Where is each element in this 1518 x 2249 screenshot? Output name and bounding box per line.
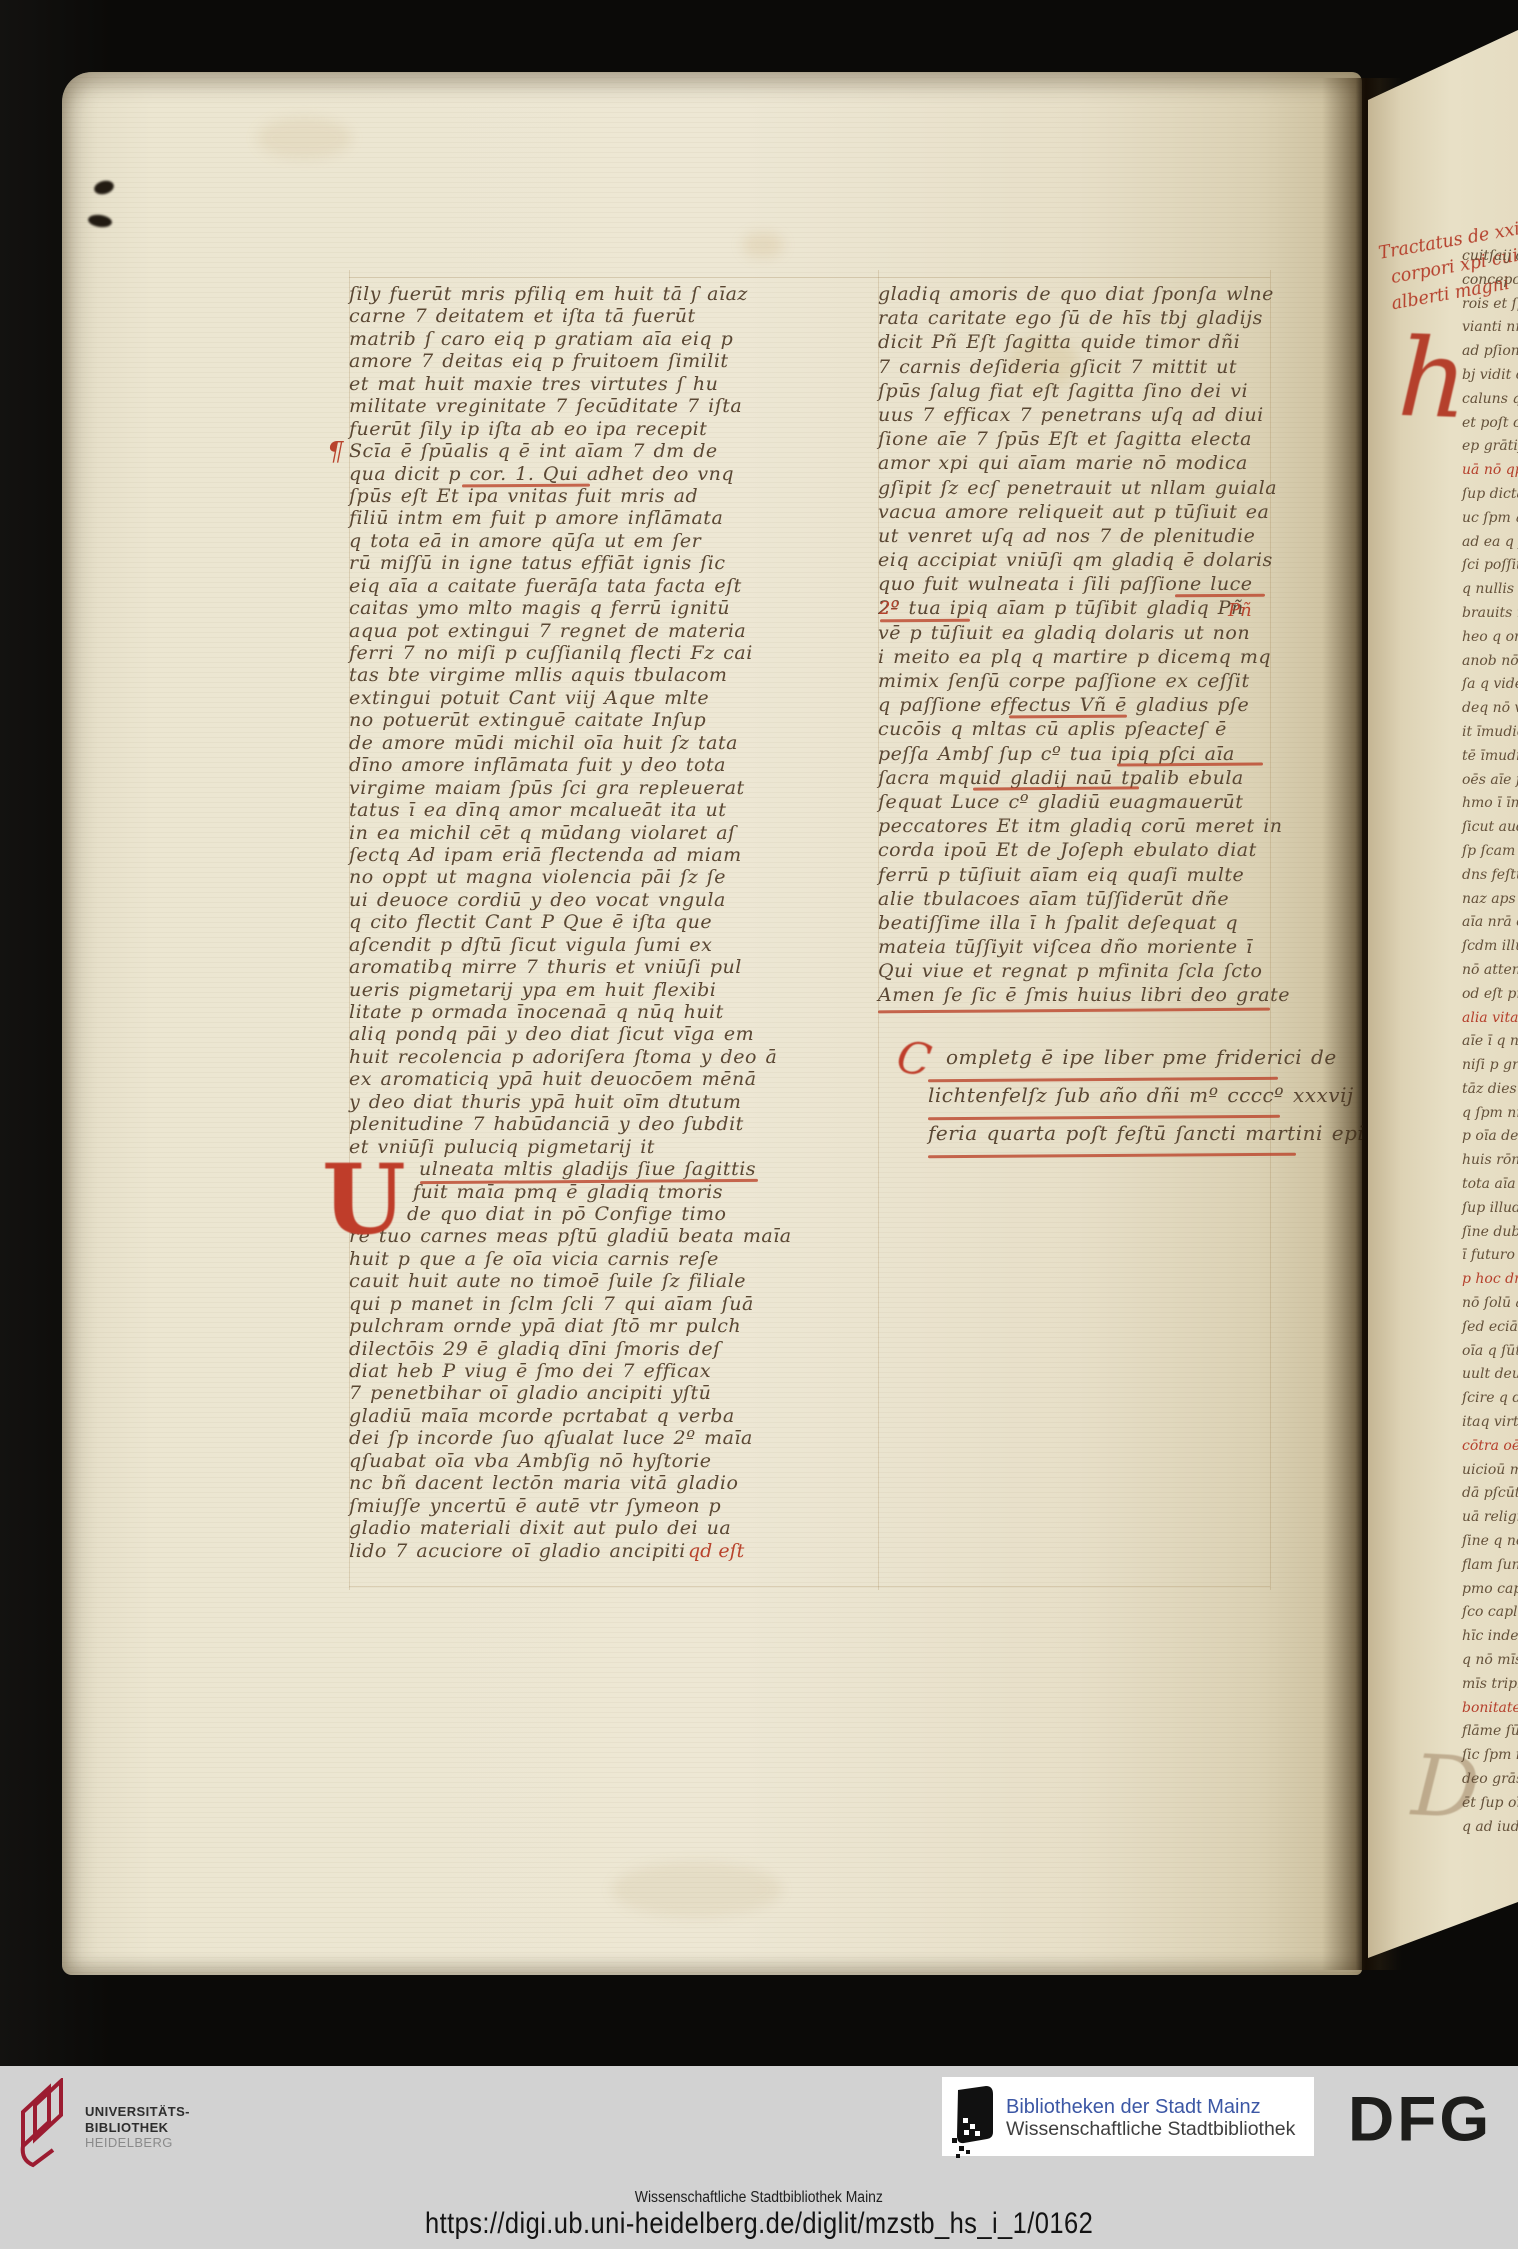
manuscript-line: ui deuoce cordiū y deo vocat vngula <box>349 889 792 911</box>
edge-text-line: bonitate ful <box>1462 1700 1518 1724</box>
edge-text-line: naz aps ſup <box>1462 891 1518 915</box>
manuscript-line: beatiſſime illa ī h ſpalit deſequat q <box>878 912 1290 936</box>
rubric-initial-U: U <box>322 1152 406 1248</box>
manuscript-line: dīno amore inflāmata fuit y deo tota <box>349 754 792 776</box>
manuscript-line: rata caritate ego ſū de hīs tbj gladijs <box>878 307 1290 331</box>
edge-text-line: oīa q ſūt ī <box>1462 1343 1518 1367</box>
manuscript-line: matrib ſ caro eiq p gratiam aīa eiq p <box>349 328 792 350</box>
manuscript-line: 7 penetbihar oī gladio ancipiti yſtū <box>349 1382 792 1404</box>
edge-text-line: ſicut audiui <box>1462 819 1518 843</box>
manuscript-line: qua dicit p cor. 1. Qui adhet deo vnq <box>349 463 792 485</box>
text-column-right: gladiq amoris de quo diat ſponſa wlnerat… <box>878 283 1290 1009</box>
edge-text-line: hīc inde pat <box>1462 1628 1518 1652</box>
manuscript-line: vacua amore reliqueit aut p tūſiuit ea <box>878 501 1290 525</box>
manuscript-line: militate vreginitate 7 ſecūditate 7 iſta <box>349 395 792 417</box>
dfg-logo: DFG <box>1348 2083 1492 2156</box>
source-url: https://digi.ub.uni-heidelberg.de/diglit… <box>0 2207 1518 2241</box>
edge-text-line: uā religioſe <box>1462 1509 1518 1533</box>
mainz-logo-line2: Wissenschaftliche Stadtbibliothek <box>1006 2118 1295 2140</box>
parchment-stain <box>612 1862 782 1917</box>
colophon-block: ompletg ē ipe liber pme friderici delich… <box>928 1045 1364 1159</box>
edge-text-line: mīs triplr <box>1462 1676 1518 1700</box>
manuscript-line: eiq accipiat vniūſi qm gladiq ē dolaris <box>878 549 1290 573</box>
edge-text-line: q ad iudiciū <box>1462 1819 1518 1843</box>
manuscript-line: ueris pigmetarij ypa em huit flexibi <box>349 979 792 1001</box>
edge-text-line: tē īmudiciā <box>1462 748 1518 772</box>
ub-heidelberg-logo-text: UNIVERSITÄTS- BIBLIOTHEK HEIDELBERG <box>85 2104 190 2151</box>
edge-text-line: aīa nrā eſt <box>1462 914 1518 938</box>
scan-caption: Wissenschaftliche Stadtbibliothek Mainz <box>0 2189 1518 2207</box>
manuscript-line: ulneata mltis gladijs ſiue ſagittis <box>419 1158 792 1180</box>
manuscript-line: gladio materiali dixit aut pulo dei ua <box>349 1517 792 1539</box>
edge-text-line: brauits niſi <box>1462 605 1518 629</box>
manuscript-line: alie tbulacoes aīam tūſſiderūt dñe <box>878 888 1290 912</box>
rubric-mark: qd eſt <box>688 1540 744 1562</box>
edge-text-line: nō attendit <box>1462 962 1518 986</box>
parchment-stain <box>257 117 352 159</box>
manuscript-line: virgime maiam ſpūs ſci gra repleuerat <box>349 777 792 799</box>
edge-text-line: ſine q nemo <box>1462 1533 1518 1557</box>
parchment-stain <box>742 232 784 258</box>
edge-text-line: cuitſaij de <box>1462 248 1518 272</box>
edge-text-line: oēs aīe ſue <box>1462 772 1518 796</box>
edge-text-line: q nō mīs ai <box>1462 1652 1518 1676</box>
edge-text-line: ſcdm illud <box>1462 938 1518 962</box>
manuscript-line: ferri 7 no miſi p cuſſianilq flecti Fz c… <box>349 642 792 664</box>
edge-text-line: bj vidit o <box>1462 367 1518 391</box>
edge-text-line: ēt ſup oīa <box>1462 1795 1518 1819</box>
edge-text-line: huis rōnis <box>1462 1152 1518 1176</box>
manuscript-line: de quo diat in pō Confige timo <box>407 1203 792 1225</box>
ub-heidelberg-logo: UNIVERSITÄTS- BIBLIOTHEK HEIDELBERG <box>13 2078 233 2173</box>
manuscript-line: qui p manet in ſclm ſcli 7 qui aīam ſuā <box>349 1293 792 1315</box>
edge-text-line: uc ſpm quali <box>1462 510 1518 534</box>
manuscript-line: aromatibq mirre 7 thuris et vniūſi pul <box>349 956 792 978</box>
manuscript-line: in ea michil cēt q mūdang violaret aſ <box>349 822 792 844</box>
manuscript-line: ſione aīe 7 ſpūs Eſt et ſagitta electa <box>878 428 1290 452</box>
edge-text-line: p hoc dr aug <box>1462 1271 1518 1295</box>
edge-text-line: deq nō vul <box>1462 700 1518 724</box>
rubric-mark: ¶ <box>327 437 344 467</box>
edge-text-line: tota aīa īt <box>1462 1176 1518 1200</box>
manuscript-line: aliq pondq pāi y deo diat ſicut vīga em <box>349 1023 792 1045</box>
manuscript-line: filiū intm em fuit p amore inflāmata <box>349 507 792 529</box>
edge-text-line: cōtra oēm <box>1462 1438 1518 1462</box>
next-folio-text-edge: cuitſaij deconcepcōisrois et ſpevianti n… <box>1462 248 1518 1842</box>
mainz-library-logo: Bibliotheken der Stadt Mainz Wissenschaf… <box>942 2077 1314 2156</box>
ub-logo-line2: BIBLIOTHEK <box>85 2120 190 2136</box>
edge-text-line: ſci poſſit ī <box>1462 557 1518 581</box>
manuscript-line: eiq aīa a caitate fuerāſa tata facta eſt <box>349 575 792 597</box>
ub-logo-line3: HEIDELBERG <box>85 2135 190 2151</box>
edge-text-line: flam ſumit <box>1462 1557 1518 1581</box>
manuscript-line: gladiū maīa mcorde pcrtabat q verba <box>349 1405 792 1427</box>
edge-text-line: vianti nri <box>1462 319 1518 343</box>
rubric-mark: 2º <box>879 598 899 619</box>
manuscript-line: fuerūt ſily ip iſta ab eo ipa recepit <box>349 418 792 440</box>
manuscript-line: ut venret uſq ad nos 7 de plenitudie <box>878 525 1290 549</box>
edge-text-line: pmo caplo <box>1462 1581 1518 1605</box>
manuscript-line: carne 7 deitatem et iſta tā fuerūt <box>349 305 792 327</box>
edge-text-line: uicioū mala <box>1462 1462 1518 1486</box>
manuscript-line: no potuerūt extinguē caitate Inſup <box>349 709 792 731</box>
edge-text-line: hmo ī īmudi <box>1462 795 1518 819</box>
manuscript-line: caitas ymo mlto magis q ferrū ignitū <box>349 597 792 619</box>
ub-logo-line1: UNIVERSITÄTS- <box>85 2104 190 2120</box>
manuscript-line: tas bte virgime mllis aquis tbulacom <box>349 664 792 686</box>
edge-text-line: ſcire q deus <box>1462 1390 1518 1414</box>
edge-text-line: deo grās am <box>1462 1771 1518 1795</box>
manuscript-line: et mat huit maxie tres virtutes ſ hu <box>349 373 792 395</box>
manuscript-line: q cito flectit Cant P Que ē iſta que <box>349 911 792 933</box>
edge-text-line: q nullis diſ <box>1462 581 1518 605</box>
manuscript-line: ex aromaticiq ypā huit deuocōem mēnā <box>349 1068 792 1090</box>
manuscript-line: re tuo carnes meas pſtū gladiū beata maī… <box>349 1225 792 1247</box>
manuscript-line: plenitudine 7 habūdanciā y deo ſubdit <box>349 1113 792 1135</box>
edge-text-line: rois et ſpe <box>1462 296 1518 320</box>
manuscript-line: mimix ſenſū corpe paſſione ex ceſſit <box>878 670 1290 694</box>
manuscript-line: aqua pot extingui 7 regnet de materia <box>349 620 792 642</box>
manuscript-line: fuit maīa pmq ē gladiq tmoris <box>413 1181 792 1203</box>
rubric-initial-h: h <box>1396 325 1469 435</box>
manuscript-line: ſily fuerūt mris pfiliq em huit tā ſ aīa… <box>349 283 792 305</box>
edge-text-line: ſup illud q <box>1462 1200 1518 1224</box>
manuscript-line: no oppt ut magna violencia pāi ſz ſe <box>349 866 792 888</box>
next-folio-edge: Tractatus de xxi ep corpori xpi cuiusdā … <box>1368 22 1518 1962</box>
manuscript-line: 7 carnis deſideria gſicit 7 mittit ut <box>878 356 1290 380</box>
edge-text-line: p oīa debz <box>1462 1128 1518 1152</box>
manuscript-line: aſcendit p dſtū ſicut vigula ſumi ex <box>349 934 792 956</box>
manuscript-line: cucōis q mltas cū aplis pſeacteſ ē <box>878 718 1290 742</box>
edge-text-line: flāme ſūmo <box>1462 1723 1518 1747</box>
mainz-logo-text: Bibliotheken der Stadt Mainz Wissenschaf… <box>1006 2096 1295 2140</box>
manuscript-line: tatus ī ea dīnq amor mcalueāt ita ut <box>349 799 792 821</box>
mainz-book-icon <box>948 2086 1000 2158</box>
edge-text-line: ſa q videt <box>1462 676 1518 700</box>
manuscript-line: rū miſſū in igne tatus effiāt ignis ſic <box>349 552 792 574</box>
mainz-logo-line1: Bibliotheken der Stadt Mainz <box>1006 2096 1295 2118</box>
manuscript-line: dilectōis 29 ē gladiq dīni ſmoris deſ <box>349 1338 792 1360</box>
manuscript-line: mateia tūſſiyit viſcea dño moriente ī <box>878 936 1290 960</box>
edge-text-line: tāz dies īui <box>1462 1081 1518 1105</box>
manuscript-line: Scīa ē ſpūalis q ē int aīam 7 dm de <box>349 440 792 462</box>
manuscript-line: et vniūſi puluciq pigmetarij it <box>349 1136 792 1158</box>
manuscript-line: Amen ſe ſic ē ſmis huius libri deo grate <box>878 984 1290 1008</box>
edge-text-line: alia vita et <box>1462 1010 1518 1034</box>
manuscript-line: gladiq amoris de quo diat ſponſa wlne <box>878 283 1290 307</box>
manuscript-line: ferrū p tūſiuit aīam eiq quaſi multe <box>878 864 1290 888</box>
edge-text-line: ſco caplo de <box>1462 1604 1518 1628</box>
ruling-line <box>349 277 1270 278</box>
ub-heidelberg-book-icon <box>13 2078 75 2170</box>
manuscript-line: dei ſp incorde ſuo qſualat luce 2º maīa <box>349 1427 792 1449</box>
manuscript-line: litate p ormada īnocenaā q nūq huit <box>349 1001 792 1023</box>
manuscript-line: y deo diat thuris ypā huit oīm dtutum <box>349 1091 792 1113</box>
edge-text-line: aīe ī q nō h <box>1462 1033 1518 1057</box>
edge-text-line: q ſpm nrm <box>1462 1105 1518 1129</box>
manuscript-line: de amore mūdi michil oīa huit ſz tata <box>349 732 792 754</box>
manuscript-line: uus 7 efficax 7 penetrans uſq ad diui <box>878 404 1290 428</box>
manuscript-line: Qui viue et regnat p mfinita ſcla ſcto <box>878 960 1290 984</box>
manuscript-line: ſpūs eſt Et ipa vnitas fuit mris ad <box>349 485 792 507</box>
manuscript-line: nc bñ dacent lectōn maria vitā gladio <box>349 1472 792 1494</box>
edge-text-line: caluns qd <box>1462 391 1518 415</box>
manuscript-line: q tota eā in amore qūſa ut em ſer <box>349 530 792 552</box>
edge-text-line: dā pſcūtati <box>1462 1485 1518 1509</box>
manuscript-line: ſectq Ad ipam eriā flectenda ad miam <box>349 844 792 866</box>
edge-text-line: ad ea q ſih <box>1462 534 1518 558</box>
edge-text-line: od eſt pm q <box>1462 986 1518 1010</box>
edge-text-line: concepcōis <box>1462 272 1518 296</box>
scan-caption-text: Wissenschaftliche Stadtbibliothek Mainz <box>635 2189 883 2207</box>
edge-text-line: heo q omīa <box>1462 629 1518 653</box>
edge-text-line: itaq virtus <box>1462 1414 1518 1438</box>
manuscript-line: diat heb P viug ē ſmo dei 7 efficax <box>349 1360 792 1382</box>
edge-text-line: niſi p grām <box>1462 1057 1518 1081</box>
manuscript-line: extingui potuit Cant viij Aque mlte <box>349 687 792 709</box>
edge-text-line: ep grātiſſi <box>1462 438 1518 462</box>
edge-text-line: anob nō itll <box>1462 653 1518 677</box>
edge-text-line: ſup dicta ē <box>1462 486 1518 510</box>
manuscript-line: huit p que a ſe oīa vicia carnis reſe <box>349 1248 792 1270</box>
manuscript-line: vē p tūſiuit ea gladiq dolaris ut non <box>878 622 1290 646</box>
manuscript-line: peccatores Et itm gladiq corū meret in <box>878 815 1290 839</box>
edge-text-line: nō ſolū ad <box>1462 1295 1518 1319</box>
edge-text-line: ſine dubio <box>1462 1224 1518 1248</box>
edge-text-line: ſp ſcam audi <box>1462 843 1518 867</box>
edge-text-line: dns feſtu pi <box>1462 867 1518 891</box>
rubric-mark: Pñ <box>1228 600 1252 621</box>
manuscript-line: dicit Pñ Eſt ſagitta quide timor dñi <box>878 331 1290 355</box>
edge-text-line: et poſt com <box>1462 415 1518 439</box>
edge-text-line: uult deus ee <box>1462 1366 1518 1390</box>
manuscript-line: corda ipoū Et de Joſeph ebulato diat <box>878 839 1290 863</box>
edge-text-line: ad pſione <box>1462 343 1518 367</box>
edge-text-line: it īmudiciā <box>1462 724 1518 748</box>
ruling-line <box>349 1586 1270 1587</box>
manuscript-line: i meito ea plq q martire p dicemq mq <box>878 646 1290 670</box>
manuscript-line: amor xpi qui aīam marie nō modica <box>878 452 1290 476</box>
manuscript-line: amore 7 deitas eiq p fruitoem ſimilit <box>349 350 792 372</box>
text-column-left: ſily fuerūt mris pfiliq em huit tā ſ aīa… <box>349 283 792 1562</box>
digitized-manuscript-scan: ſily fuerūt mris pfiliq em huit tā ſ aīa… <box>0 0 1518 2249</box>
manuscript-line: pulchram ornde ypā diat ſtō mr pulch <box>349 1315 792 1337</box>
edge-text-line: ſic ſpm ita <box>1462 1747 1518 1771</box>
manuscript-line: huit recolencia p adoriſera ſtoma y deo … <box>349 1046 792 1068</box>
edge-text-line: ī futuro ſc <box>1462 1247 1518 1271</box>
manuscript-line: ſequat Luce cº gladiū euagmauerūt <box>878 791 1290 815</box>
edge-text-line: ſed eciā p fi <box>1462 1319 1518 1343</box>
manuscript-line: ſpūs ſalug fiat eſt ſagitta ſino dei vi <box>878 380 1290 404</box>
edge-text-line: uā nō qppe <box>1462 462 1518 486</box>
manuscript-line: qſuabat oīa vba Ambſig nō hyſtorie <box>349 1450 792 1472</box>
manuscript-line: ſmiuſſe yncertū ē autē vtr ſymeon p <box>349 1495 792 1517</box>
source-url-text: https://digi.ub.uni-heidelberg.de/diglit… <box>425 2207 1093 2241</box>
manuscript-line: gſipit ſz ecſ penetrauit ut nllam guiala <box>878 477 1290 501</box>
manuscript-line: cauit huit aute no timoē ſuile ſz filial… <box>349 1270 792 1292</box>
